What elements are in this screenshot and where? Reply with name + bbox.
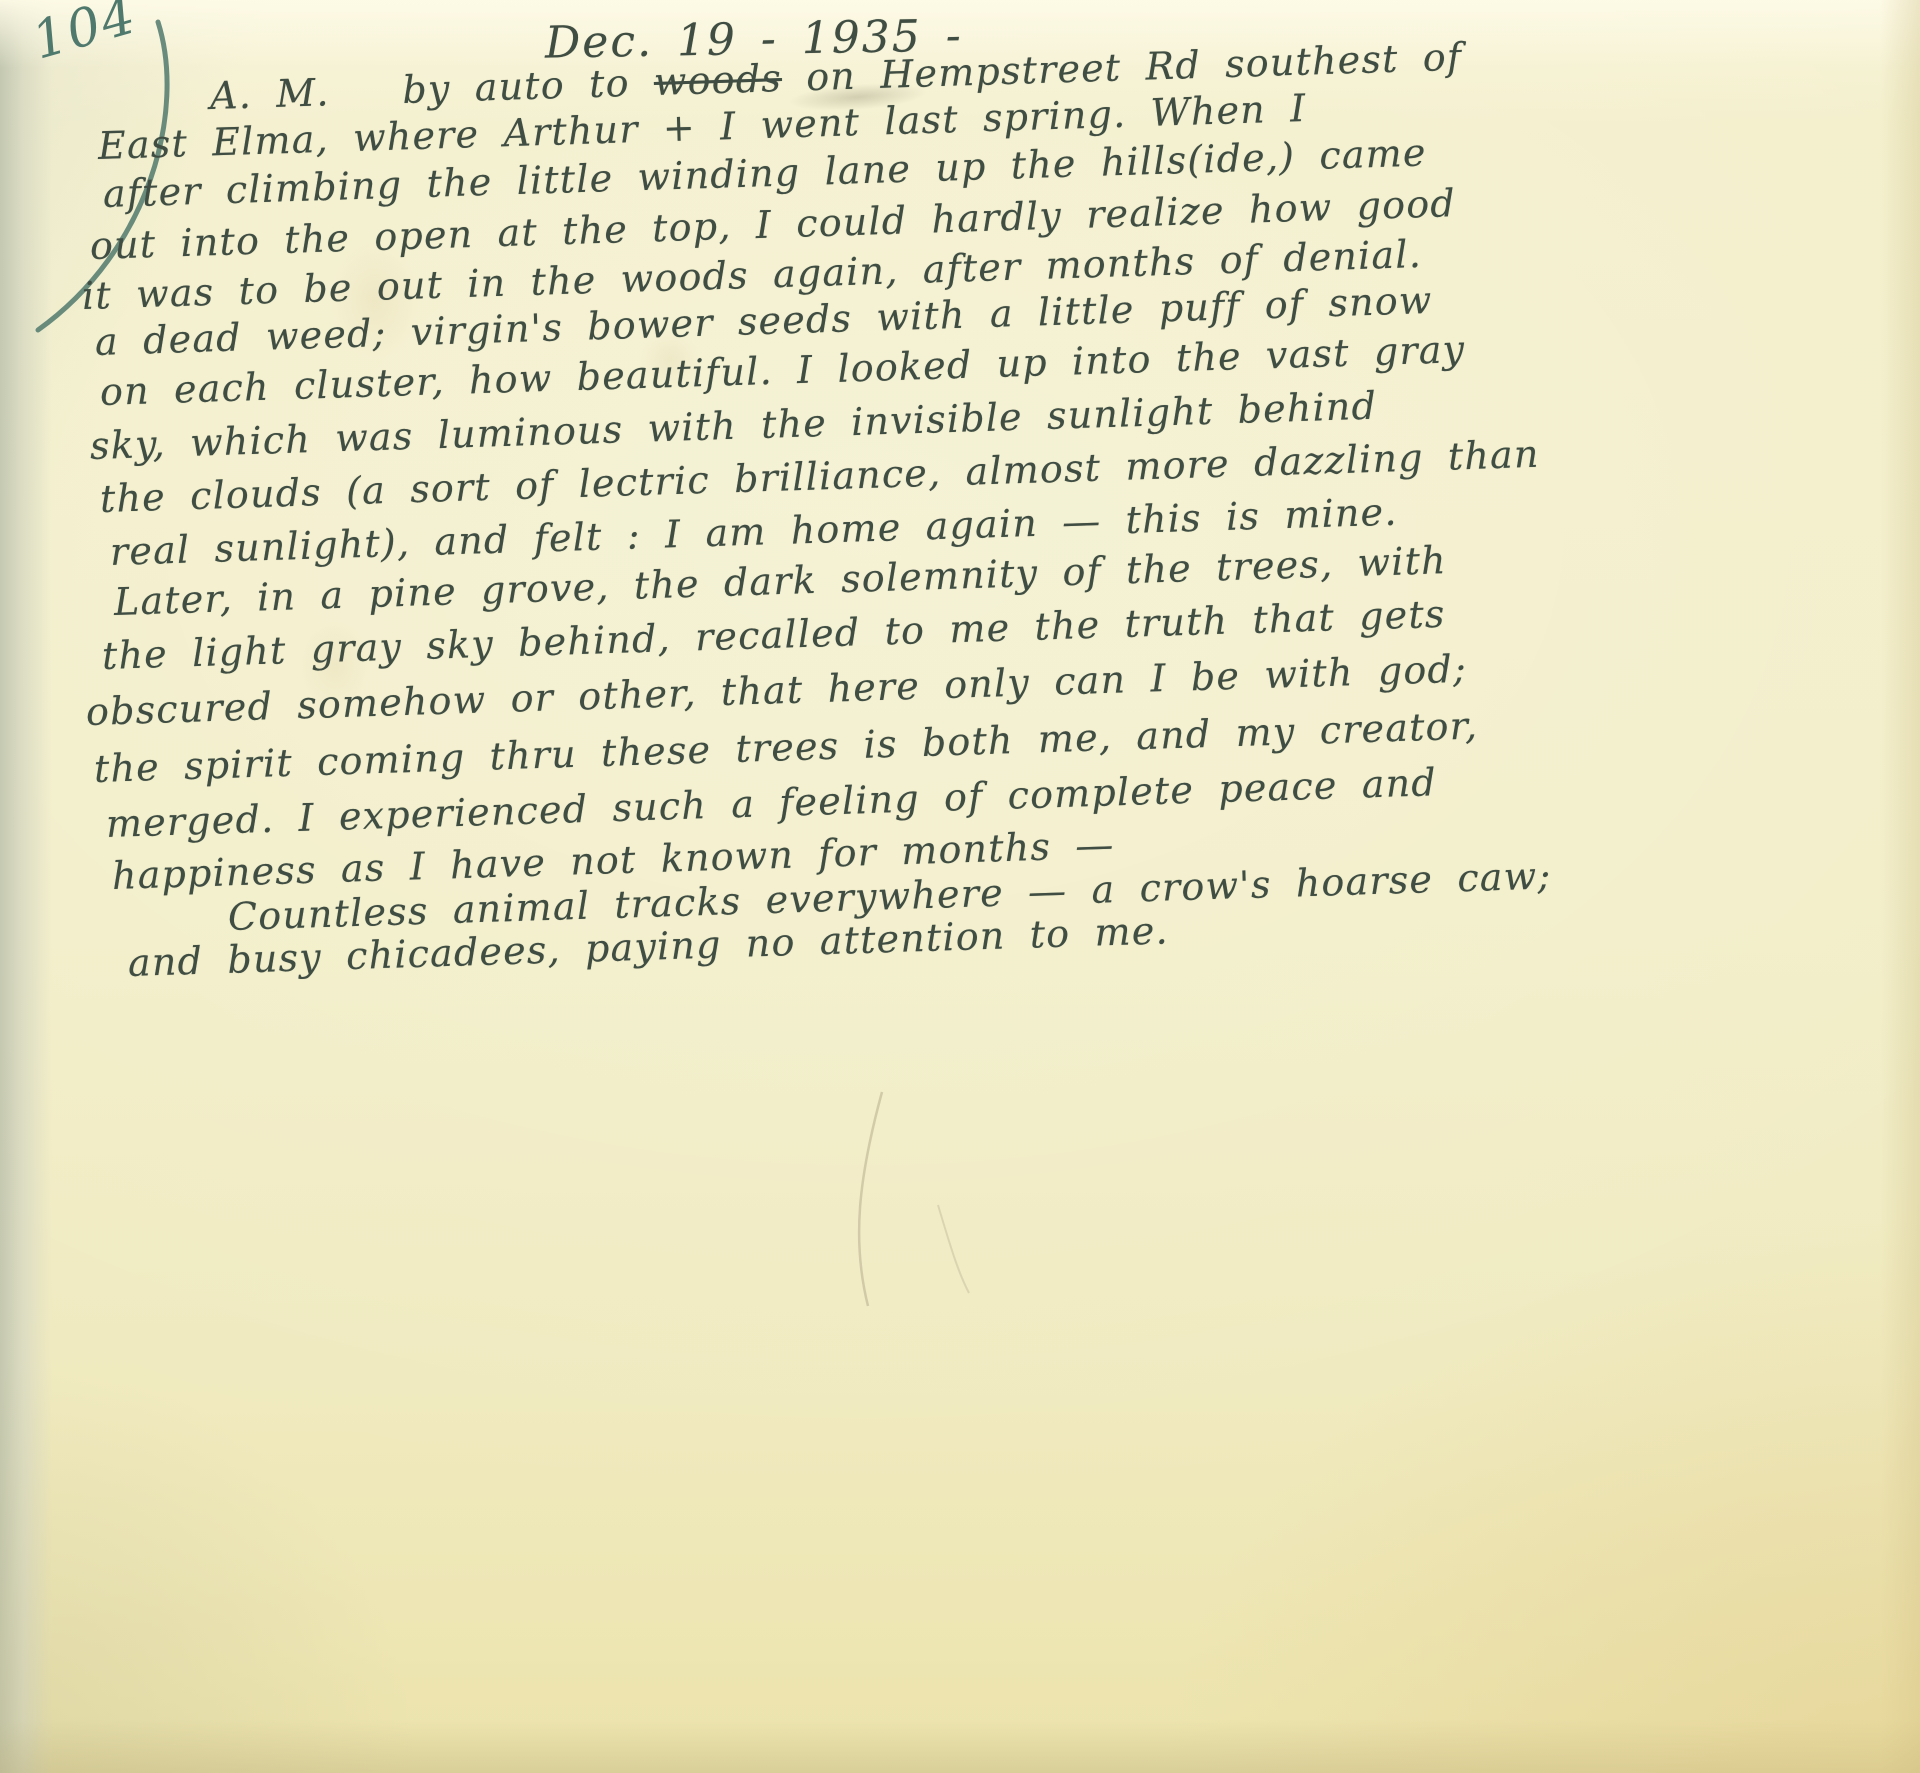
paper-shadow-corner	[0, 1353, 420, 1773]
journal-page: 104 Dec. 19 - 1935 - A. M. by auto to wo…	[0, 0, 1920, 1773]
struck-word: woods	[653, 56, 782, 104]
paper-yellowing-corner	[1160, 1213, 1920, 1773]
